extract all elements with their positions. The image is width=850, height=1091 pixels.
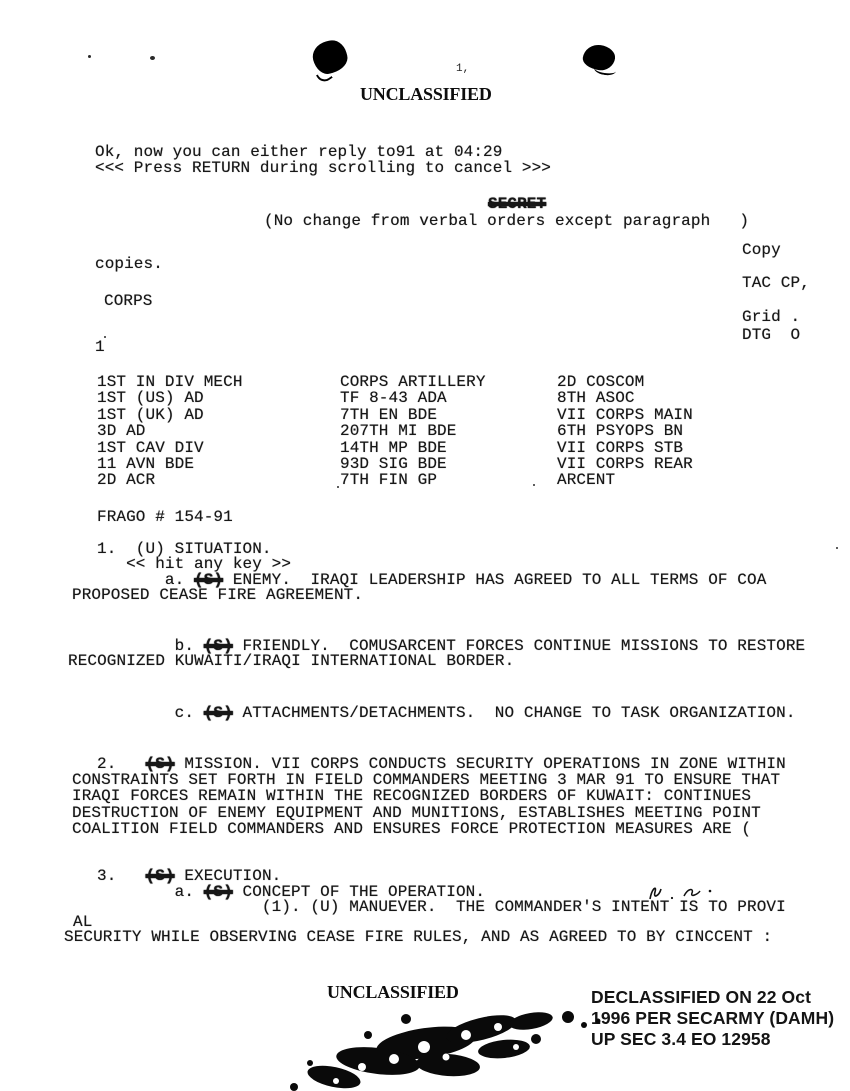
stray-mark: 1,	[456, 63, 469, 75]
ink-blot-mark	[309, 37, 350, 77]
speck	[836, 547, 838, 549]
no-change-note: (No change from verbal orders except par…	[264, 213, 749, 229]
copy-label: Copy	[742, 242, 781, 258]
task-org-column-2: CORPS ARTILLERY TF 8-43 ADA 7TH EN BDE 2…	[340, 374, 486, 489]
speck	[150, 56, 155, 60]
page-number: 1	[95, 339, 105, 355]
secret-marking: SECRET	[488, 196, 546, 212]
speck	[533, 484, 535, 486]
situation-enemy-continuation: PROPOSED CEASE FIRE AGREEMENT.	[72, 587, 363, 603]
corps-label: CORPS	[104, 293, 153, 309]
speck	[337, 486, 339, 488]
task-org-column-1: 1ST IN DIV MECH 1ST (US) AD 1ST (UK) AD …	[97, 374, 243, 489]
frago-number: FRAGO # 154-91	[97, 509, 233, 525]
copies-line: copies.	[95, 256, 163, 272]
execution-heading-line: 3. (S) EXECUTION.	[97, 868, 281, 884]
header-classification: UNCLASSIFIED	[360, 84, 492, 105]
classification-strike: (S)	[204, 704, 233, 722]
situation-friendly-continuation: RECOGNIZED KUWAITI/IRAQI INTERNATIONAL B…	[68, 653, 514, 669]
situation-attachments-line: c. (S) ATTACHMENTS/DETACHMENTS. NO CHANG…	[97, 705, 796, 721]
execution-continuation-2: SECURITY WHILE OBSERVING CEASE FIRE RULE…	[64, 929, 772, 945]
terminal-prompt: Ok, now you can either reply to91 at 04:…	[95, 144, 551, 177]
document-page: 1, UNCLASSIFIED Ok, now you can either r…	[0, 0, 850, 1091]
mission-continuation: CONSTRAINTS SET FORTH IN FIELD COMMANDER…	[72, 772, 780, 838]
declassification-stamp: DECLASSIFIED ON 22 Oct 1996 PER SECARMY …	[591, 987, 834, 1050]
hit-any-key-prompt: << hit any key >>	[97, 556, 291, 572]
attachments-indent: c.	[97, 704, 204, 722]
pen-marks	[642, 882, 722, 904]
ink-smudge	[276, 1001, 616, 1091]
speck	[88, 55, 91, 58]
grid-label: Grid .	[742, 309, 800, 325]
secret-strikethrough: SECRET	[488, 195, 546, 213]
tac-cp-label: TAC CP,	[742, 275, 810, 291]
attachments-text: ATTACHMENTS/DETACHMENTS. NO CHANGE TO TA…	[233, 704, 796, 722]
mission-lead-line: 2. (S) MISSION. VII CORPS CONDUCTS SECUR…	[97, 756, 786, 772]
pen-curve-mark	[593, 62, 616, 76]
dtg-label: DTG O	[742, 327, 800, 343]
footer-classification: UNCLASSIFIED	[327, 982, 459, 1003]
task-org-column-3: 2D COSCOM 8TH ASOC VII CORPS MAIN 6TH PS…	[557, 374, 693, 489]
